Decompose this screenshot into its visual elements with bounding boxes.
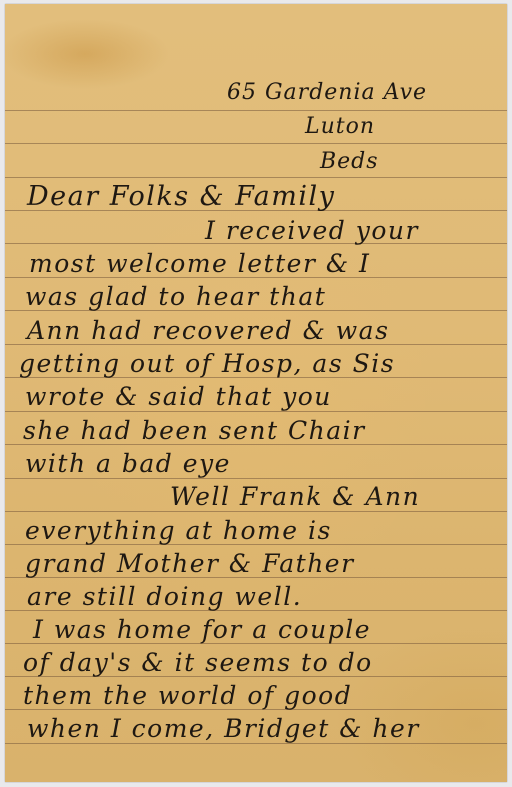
address-county: Beds xyxy=(320,147,379,177)
body-line: most welcome letter & I xyxy=(29,249,370,279)
body-line: I was home for a couple xyxy=(33,615,371,645)
address-street: 65 Gardenia Ave xyxy=(227,78,427,108)
body-line: everything at home is xyxy=(25,516,332,546)
body-line: was glad to hear that xyxy=(25,282,326,312)
body-line: she had been sent Chair xyxy=(23,416,366,446)
body-line: are still doing well. xyxy=(27,582,302,612)
body-line: with a bad eye xyxy=(25,449,231,479)
body-line: wrote & said that you xyxy=(25,382,332,412)
body-line: when I come, Bridget & her xyxy=(27,714,420,744)
ruled-line xyxy=(5,177,507,178)
address-town: Luton xyxy=(305,112,375,142)
body-line: I received your xyxy=(205,216,419,246)
body-line: them the world of good xyxy=(23,681,352,711)
body-line: Well Frank & Ann xyxy=(170,482,420,512)
salutation: Dear Folks & Family xyxy=(27,182,335,212)
ruled-line xyxy=(5,110,507,111)
body-line: of day's & it seems to do xyxy=(23,648,373,678)
body-line: grand Mother & Father xyxy=(25,549,355,579)
body-line: getting out of Hosp, as Sis xyxy=(19,349,395,379)
ruled-line xyxy=(5,143,507,144)
body-line: Ann had recovered & was xyxy=(27,316,389,346)
letter-paper: 65 Gardenia Ave Luton Beds Dear Folks & … xyxy=(5,4,507,782)
